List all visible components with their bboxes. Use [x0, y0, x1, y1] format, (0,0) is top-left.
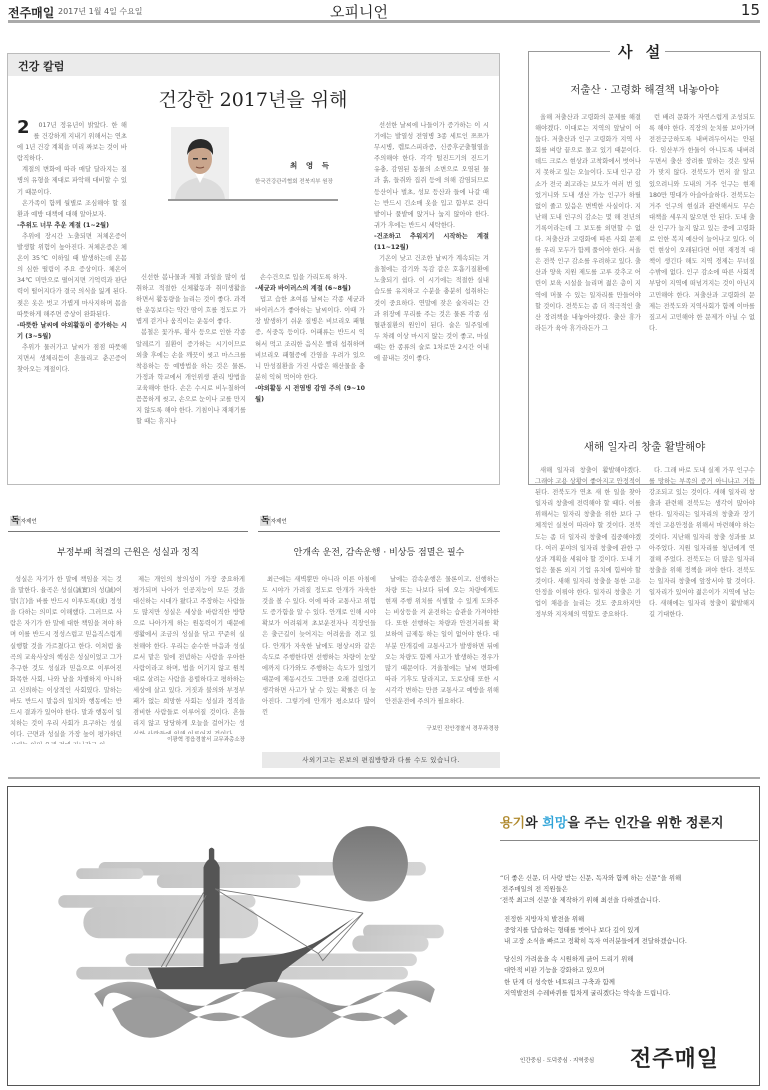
person-portrait-icon — [171, 127, 229, 199]
editorial-label: 사 설 — [618, 41, 664, 62]
ad-paragraph: “더 좋은 신문, 더 사랑 받는 신문, 독자와 함께 하는 신문”을 위해 … — [500, 873, 760, 907]
ad-paragraph: 당신의 가려움을 속 시원하게 긁어 드리기 위해 대안적 비판 기능을 강화하… — [500, 954, 760, 999]
paragraph: 손수건으로 입을 가리도록 하자. — [255, 272, 365, 283]
reader-left-title: 부정부패 척결의 근원은 성실과 정직 — [8, 545, 248, 558]
subheading: -건조하고 추워지기 시작하는 계절 (11~12월) — [374, 231, 489, 253]
author-photo — [171, 127, 229, 199]
paragraph: 봄철은 꽃가루, 황사 등으로 인한 각종 알레르기 질환이 증가하는 시기이므… — [136, 327, 246, 427]
ad-paragraph: 진정한 지방자치 발전을 위해 중앙지를 답습하는 형태를 벗어나 보다 깊이 … — [500, 914, 760, 948]
health-column-label: 건강 칼럼 — [18, 58, 64, 74]
paragraph: 017년 정유년이 밝았다. 한 해를 건강하게 지내기 위해서는 연초에 1년… — [17, 120, 127, 164]
ad-line: 당신의 가려움을 속 시원하게 긁어 드리기 위해 — [504, 955, 633, 963]
editorial-headline-2: 새해 일자리 창출 활발해야 — [528, 439, 761, 454]
author-name: 최 영 득 — [290, 160, 332, 171]
editorial-1-col1: 올해 저출산과 고령화의 문제를 해결해야겠다. 이대로는 지역의 앞날이 어둡… — [535, 112, 641, 430]
reader-left-col2: 제는 개인의 창의성이 가장 중요하게 평가되며 나아가 인공지능이 모든 것을… — [133, 574, 245, 734]
editorial-top-rule-right — [665, 51, 761, 52]
ship-sea-sun-icon — [30, 810, 490, 1070]
issue-date: 2017년 1월 4일 수요일 — [58, 6, 143, 17]
health-text-col2: 신선한 봄나물과 제철 과일을 많이 섭취하고 적절한 신체활동과 취미생활을 … — [136, 272, 246, 480]
ad-slogan: 용기와 희망을 주는 인간을 위한 정론지 — [500, 812, 724, 831]
reader-left-byline: 이광혁 정읍경찰서 교무과총소장 — [133, 735, 245, 743]
paragraph: 온가족이 함께 월별로 조심해야 할 질환과 예방 대책에 대해 알아보자. — [17, 198, 127, 220]
health-column-band — [8, 54, 499, 76]
health-column-title: 건강한 2017년을 위해 — [0, 85, 506, 112]
reader-tag-big: 독 — [260, 516, 271, 526]
paragraph: 계절의 변화에 따라 매달 달라지는 질병의 유형을 제대로 파악해 대비할 수… — [17, 164, 127, 197]
paragraph: 덥고 습한 초여름 날씨는 각종 세균과 바이러스가 좋아하는 날씨이다. 이때… — [255, 294, 365, 383]
section-title: 오피니언 — [330, 1, 388, 22]
paragraph: 추위에 장시간 노출되면 저체온증이 발생할 위험이 높아진다. 저체온증은 체… — [17, 231, 127, 320]
editorial-1-col2: 런 배려 문화가 자연스럽게 조성되도록 해야 한다. 직장의 눈치를 보아가며… — [649, 112, 755, 430]
reader-left-col1: 성실은 자기가 한 말에 책임을 지는 것을 말한다. 율곡은 성실(誠實)의 … — [10, 574, 122, 744]
header-divider — [8, 20, 760, 23]
reader-left-rule — [8, 531, 248, 532]
paragraph: 추위가 물러가고 날씨가 점점 따뜻해지면서 생체리듬이 흔들리고 춘곤증이 찾… — [17, 342, 127, 375]
page-number: 15 — [741, 1, 760, 19]
ad-line: 대안적 비판 기능을 강화하고 있으며 — [504, 966, 605, 974]
ad-body: “더 좋은 신문, 더 사랑 받는 신문, 독자와 함께 하는 신문”을 위해 … — [500, 873, 760, 1006]
ad-slogan-rule — [500, 840, 758, 841]
reader-right-byline: 구보민 진안경찰서 경무과경장 — [385, 724, 499, 732]
subheading: -추위도 너무 추운 계절 (1~2월) — [17, 220, 127, 231]
slogan-text: 을 주는 인간을 위한 정론지 — [567, 816, 723, 831]
ad-line: 지역발전의 수레바퀴를 힘차게 굴리겠다는 약속을 드립니다. — [504, 989, 671, 997]
slogan-courage: 용기 — [500, 816, 525, 831]
editorial-top-rule-left — [528, 51, 610, 52]
ad-line: ‘전북 최고의 신문’을 제작하기 위해 최선을 다하겠습니다. — [500, 896, 660, 904]
ad-line: 내 고장 소식을 빠르고 정확히 독자 여러분들에게 전달하겠습니다. — [504, 937, 687, 945]
drop-cap: 2 — [17, 120, 30, 136]
editorial-headline-1: 저출산 · 고령화 해결책 내놓아야 — [528, 82, 761, 97]
subheading: -따뜻한 날씨에 야외활동이 증가하는 시기 (3~5월) — [17, 320, 127, 342]
health-text-col1: 2 017년 정유년이 밝았다. 한 해를 건강하게 지내기 위해서는 연초에 … — [17, 120, 127, 480]
subheading: -야외활동 시 전염병 감염 주의 (9~10월) — [255, 383, 365, 405]
health-text-col4: 선선한 날씨에 나들이가 증가하는 이 시기에는 발열성 전염병 3종 세트인 … — [374, 120, 489, 480]
paper-name: 전주매일 — [8, 4, 54, 21]
ad-line: 전주매일의 전 직원들은 — [502, 885, 568, 893]
contributor-notice: 사외기고는 본보의 편집방향과 다를 수도 있습니다. — [262, 752, 500, 768]
paragraph: 선선한 날씨에 나들이가 증가하는 이 시기에는 발열성 전염병 3종 세트인 … — [374, 120, 489, 231]
reader-tag-small: 자제언 — [271, 519, 287, 525]
subheading: -세균과 바이러스의 계절 (6~8월) — [255, 283, 365, 294]
reader-right-col1: 최근에는 새벽뿐만 아니라 이른 아침에도 시야가 가려질 정도로 안개가 자욱… — [262, 574, 376, 724]
editorial-2-col2: 다. 그래 바로 도내 실제 가무 인구수를 망하는 부족의 증거 아니냐고 거… — [649, 465, 755, 780]
reader-right-rule — [258, 531, 500, 532]
paragraph: 신선한 봄나물과 제철 과일을 많이 섭취하고 적절한 신체활동과 취미생활을 … — [136, 272, 246, 327]
ad-tagline: 인간중심 · 도덕중심 · 지역중심 — [520, 1056, 594, 1064]
ad-line: 진정한 지방자치 발전을 위해 — [504, 915, 584, 923]
reader-tag-left: 독자제언 — [10, 513, 37, 526]
reader-tag-right: 독자제언 — [260, 513, 287, 526]
byline-divider — [168, 199, 338, 201]
ad-line: 중앙지를 답습하는 형태를 벗어나 보다 깊이 있게 — [504, 926, 640, 934]
reader-right-col2: 날에는 감속운행은 물론이고, 선행하는 차량 또는 나보다 뒤에 오는 차량에… — [385, 574, 499, 724]
ad-line: “더 좋은 신문, 더 사랑 받는 신문, 독자와 함께 하는 신문”을 위해 — [500, 874, 681, 882]
slogan-text: 와 — [525, 816, 542, 831]
health-text-col3: 손수건으로 입을 가리도록 하자. -세균과 바이러스의 계절 (6~8월) 덥… — [255, 272, 365, 480]
reader-right-title: 안개속 운전, 감속운행 · 비상등 점멸은 필수 — [258, 545, 500, 558]
author-role: 한국건강관리협회 전북지부 원장 — [255, 177, 333, 185]
slogan-hope: 희망 — [542, 816, 567, 831]
reader-tag-big: 독 — [10, 516, 21, 526]
reader-tag-small: 자제언 — [21, 519, 37, 525]
ad-logo: 전주매일 — [630, 1042, 719, 1073]
paragraph: 기온이 낮고 건조한 날씨가 계속되는 겨울철에는 감기와 독감 같은 호흡기질… — [374, 253, 489, 364]
ad-line: 한 단계 더 성숙한 네트워크 구축과 함께 — [504, 978, 615, 986]
section-divider — [8, 777, 760, 779]
ship-illustration — [30, 810, 490, 1070]
editorial-2-col1: 새해 일자리 창출이 활발해야겠다. 그래야 고용 상황이 좋아지고 안정적이 … — [535, 465, 641, 780]
